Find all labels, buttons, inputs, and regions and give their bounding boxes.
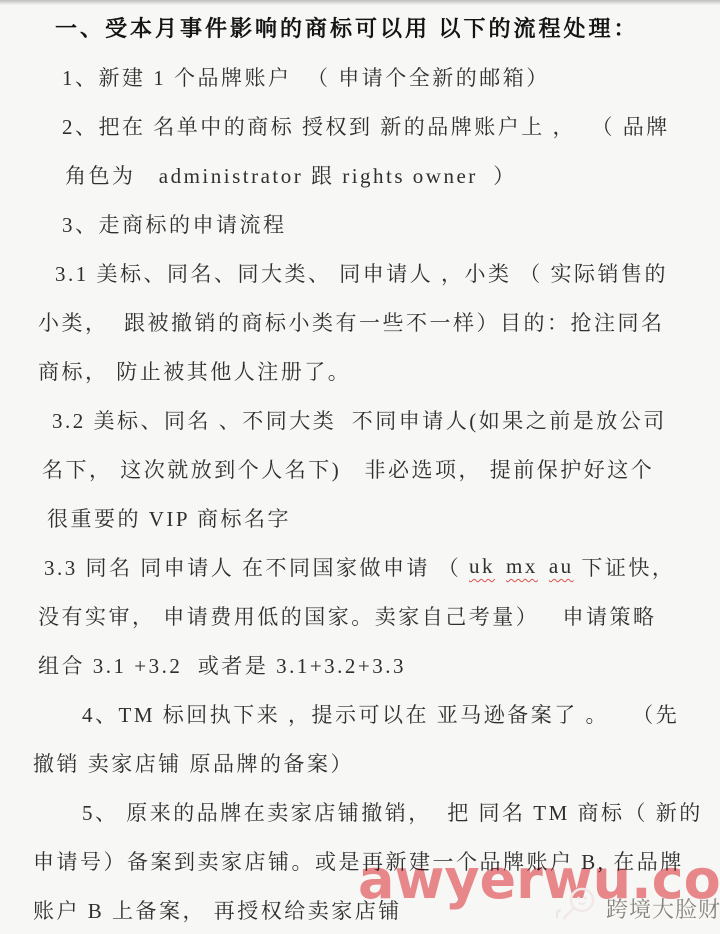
- line-step-3-3-cont-b: 组合 3.1 +3.2 或者是 3.1+3.2+3.3: [0, 640, 720, 689]
- line-step-3-3-prefix: 3.3 同名 同申请人 在不同国家做申请 （: [44, 552, 469, 582]
- line-step-3-3: 3.3 同名 同申请人 在不同国家做申请 （ ukmxau 下证快，: [0, 542, 720, 591]
- heading-line: 一、受本月事件影响的商标可以用 以下的流程处理：: [0, 3, 720, 52]
- brand-badge-label: 跨境大脸财: [606, 893, 720, 924]
- line-step-2: 2、把在 名单中的商标 授权到 新的品牌账户上 ， （ 品牌: [0, 101, 720, 150]
- line-step-3: 3、走商标的申请流程: [0, 199, 720, 248]
- misspelled-word-au: au: [549, 554, 574, 579]
- line-step-3-3-cont-a: 没有实审， 申请费用低的国家。卖家自己考量） 申请策略: [0, 591, 720, 640]
- line-step-4-cont: 撤销 卖家店铺 原品牌的备案）: [0, 738, 720, 787]
- line-step-3-1: 3.1 美标、同名、同大类、 同申请人 ，小类 （ 实际销售的: [0, 248, 720, 297]
- misspelled-word-uk: uk: [469, 554, 495, 579]
- line-step-5-cont-a: 申请号）备案到卖家店铺。或是再新建一个品牌账户 B, 在品牌: [0, 836, 720, 885]
- document-body: 一、受本月事件影响的商标可以用 以下的流程处理： 1、新建 1 个品牌账户 （ …: [0, 3, 720, 934]
- line-step-1: 1、新建 1 个品牌账户 （ 申请个全新的邮箱）: [0, 52, 720, 101]
- line-step-3-1-cont-a: 小类， 跟被撤销的商标小类有一些不一样）目的：抢注同名: [0, 297, 720, 346]
- line-step-3-2: 3.2 美标、同名 、不同大类 不同申请人(如果之前是放公司: [0, 395, 720, 444]
- line-step-4: 4、TM 标回执下来 ，提示可以在 亚马逊备案了 。 （先: [0, 689, 720, 738]
- line-step-3-3-suffix: 下证快，: [574, 552, 676, 582]
- line-step-3-2-cont-a: 名下， 这次就放到个人名下) 非必选项， 提前保护好这个: [0, 444, 720, 493]
- line-step-5: 5、 原来的品牌在卖家店铺撤销， 把 同名 TM 商标（ 新的: [0, 787, 720, 836]
- magnifier-face-icon: [552, 884, 604, 924]
- line-step-2-cont: 角色为 administrator 跟 rights owner ）: [0, 150, 720, 199]
- misspelled-word-mx: mx: [506, 554, 538, 579]
- line-step-3-2-cont-b: 很重要的 VIP 商标名字: [0, 493, 720, 542]
- line-step-3-1-cont-b: 商标， 防止被其他人注册了。: [0, 346, 720, 395]
